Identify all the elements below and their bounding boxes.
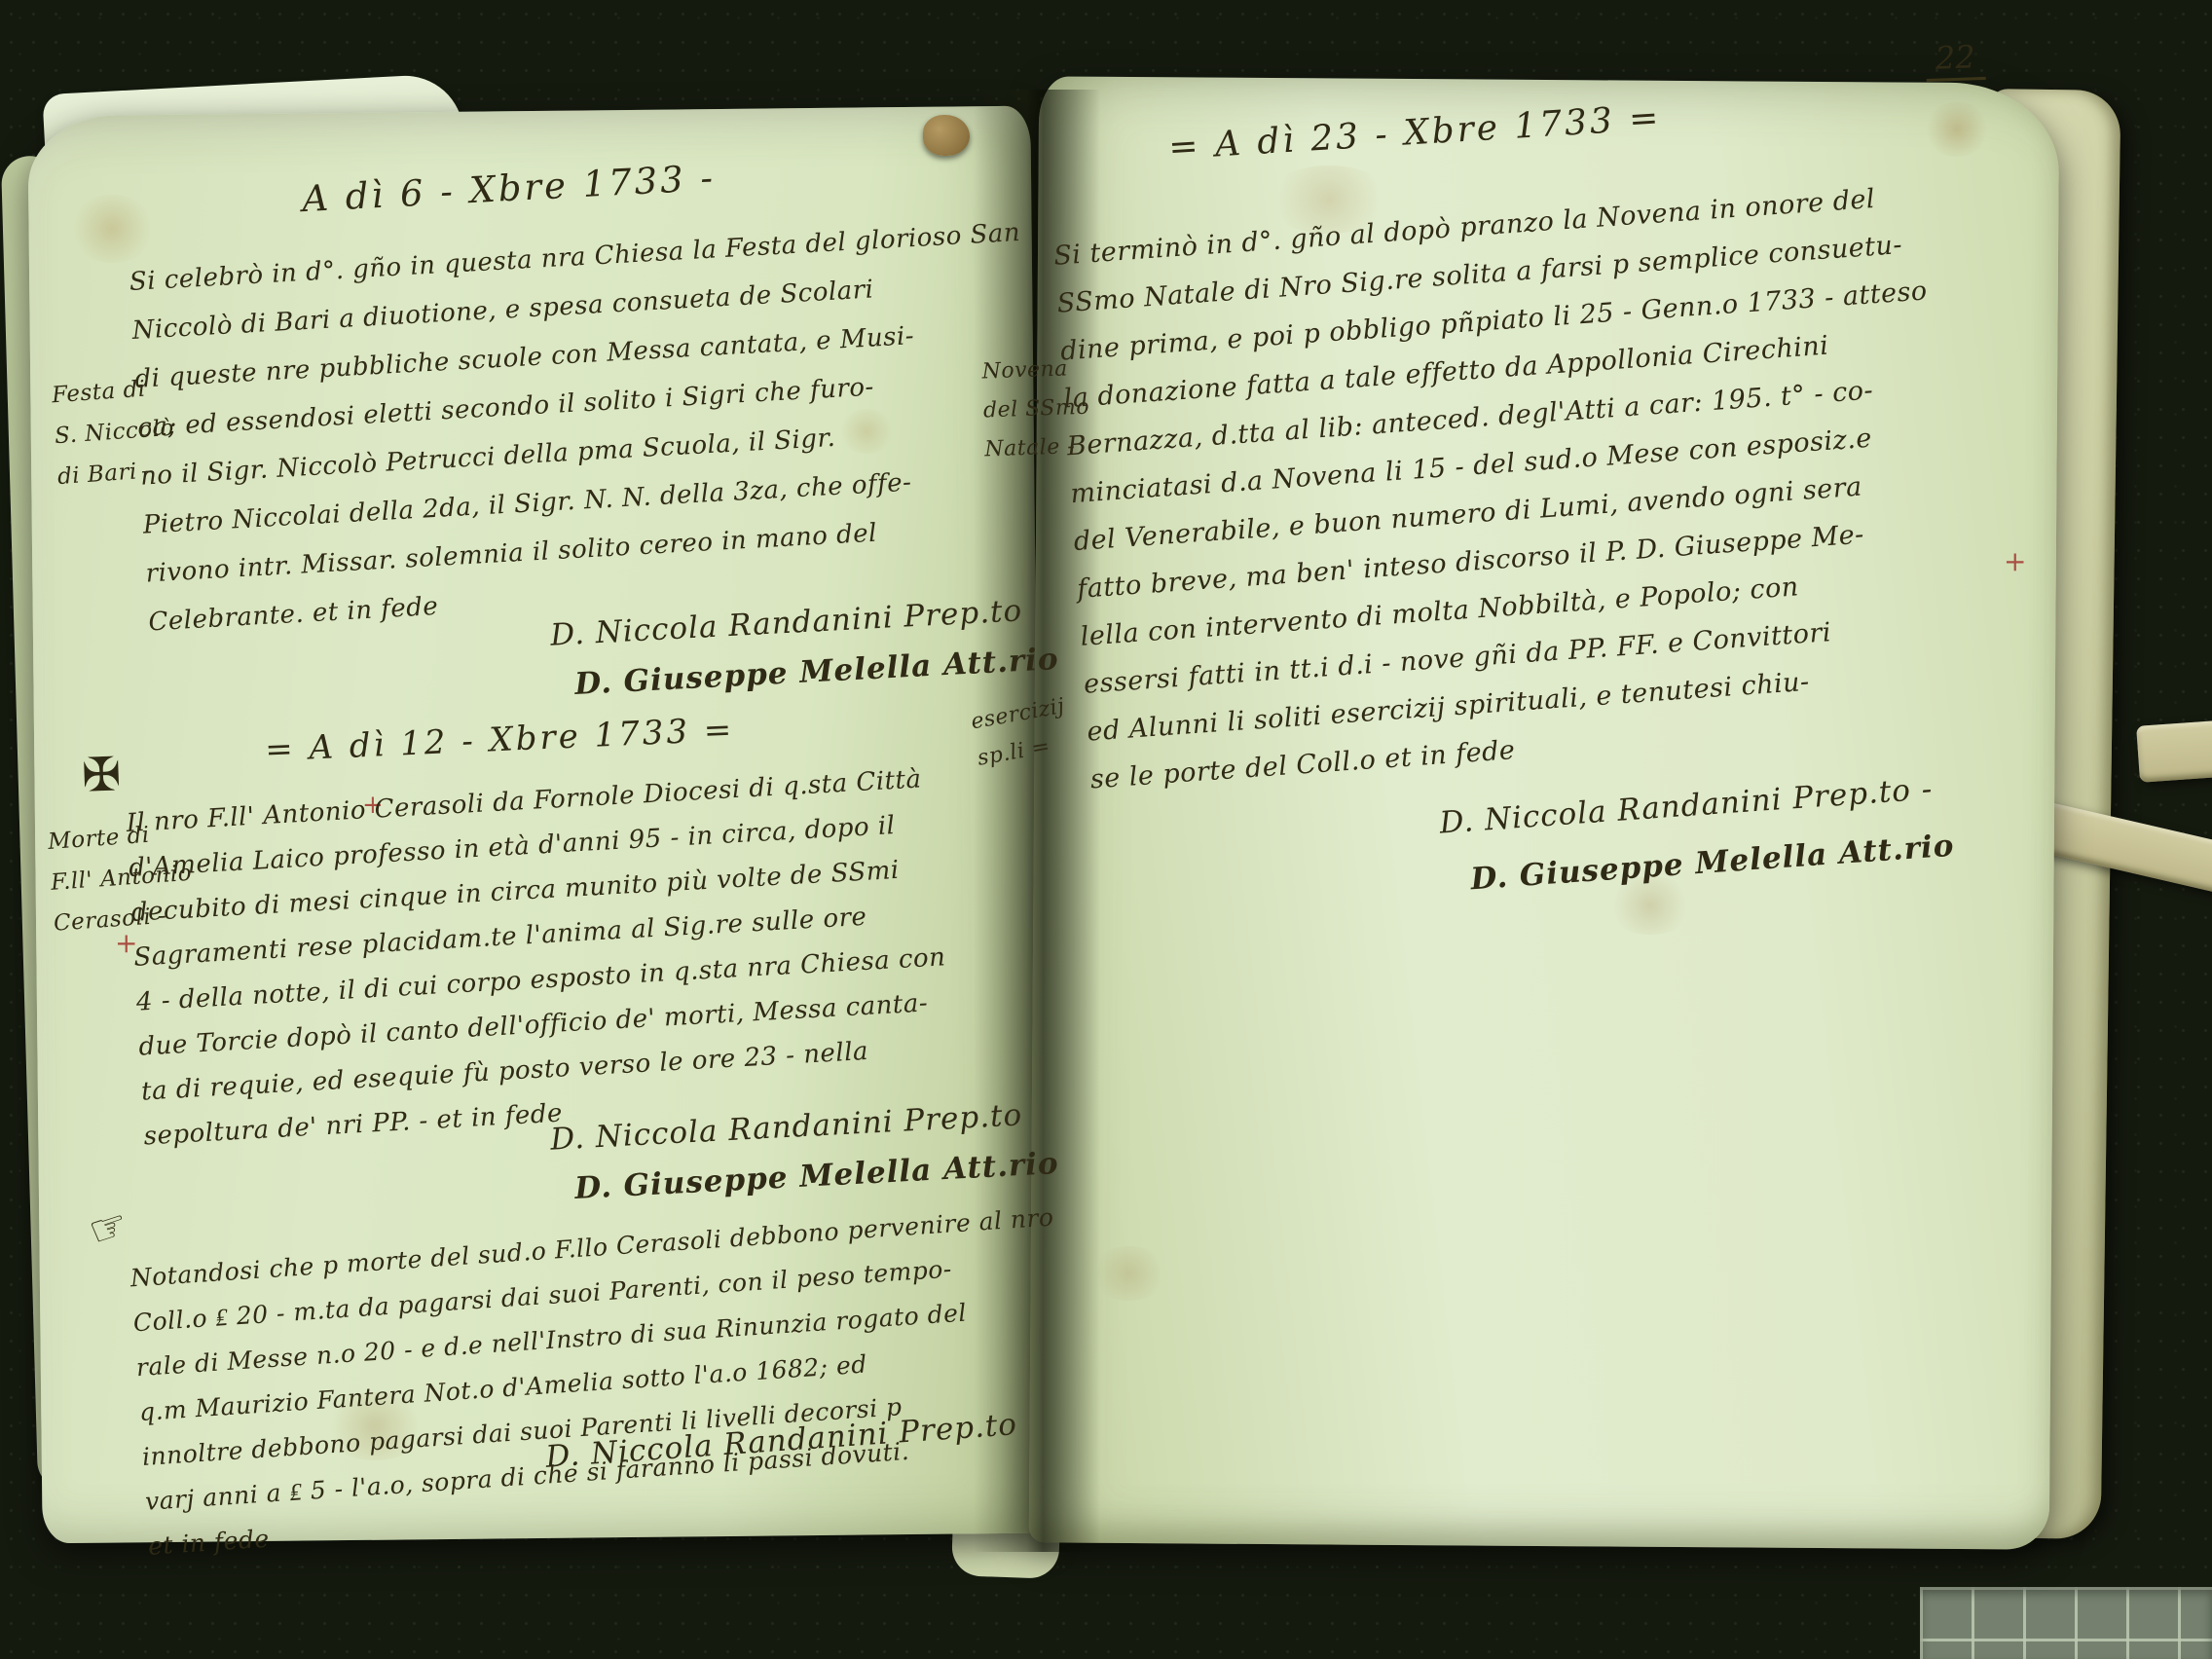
cutting-mat-grid bbox=[1920, 1587, 2212, 1659]
manuscript-photo: Festa di S. Niccolò di Bari - ✠ Morte di… bbox=[0, 0, 2212, 1659]
entry3-body: Notandosi che p morte del sud.o F.llo Ce… bbox=[129, 1194, 1091, 1569]
entry1-body: Si celebrò in d°. gño in questa nra Chie… bbox=[129, 206, 1084, 647]
tie-strap-upper bbox=[2136, 719, 2212, 783]
entry2-body: Il nro F.ll' Antonio Cerasoli da Fornole… bbox=[125, 749, 1078, 1159]
red-cross-mark-right-page: + bbox=[2004, 545, 2026, 577]
folio-number: 22 bbox=[1925, 38, 1985, 82]
spine-knot bbox=[923, 115, 970, 156]
right-entry-body: Si terminò in d°. gño al dopò pranzo la … bbox=[1052, 166, 2045, 804]
maltese-cross-icon: ✠ bbox=[81, 747, 122, 802]
